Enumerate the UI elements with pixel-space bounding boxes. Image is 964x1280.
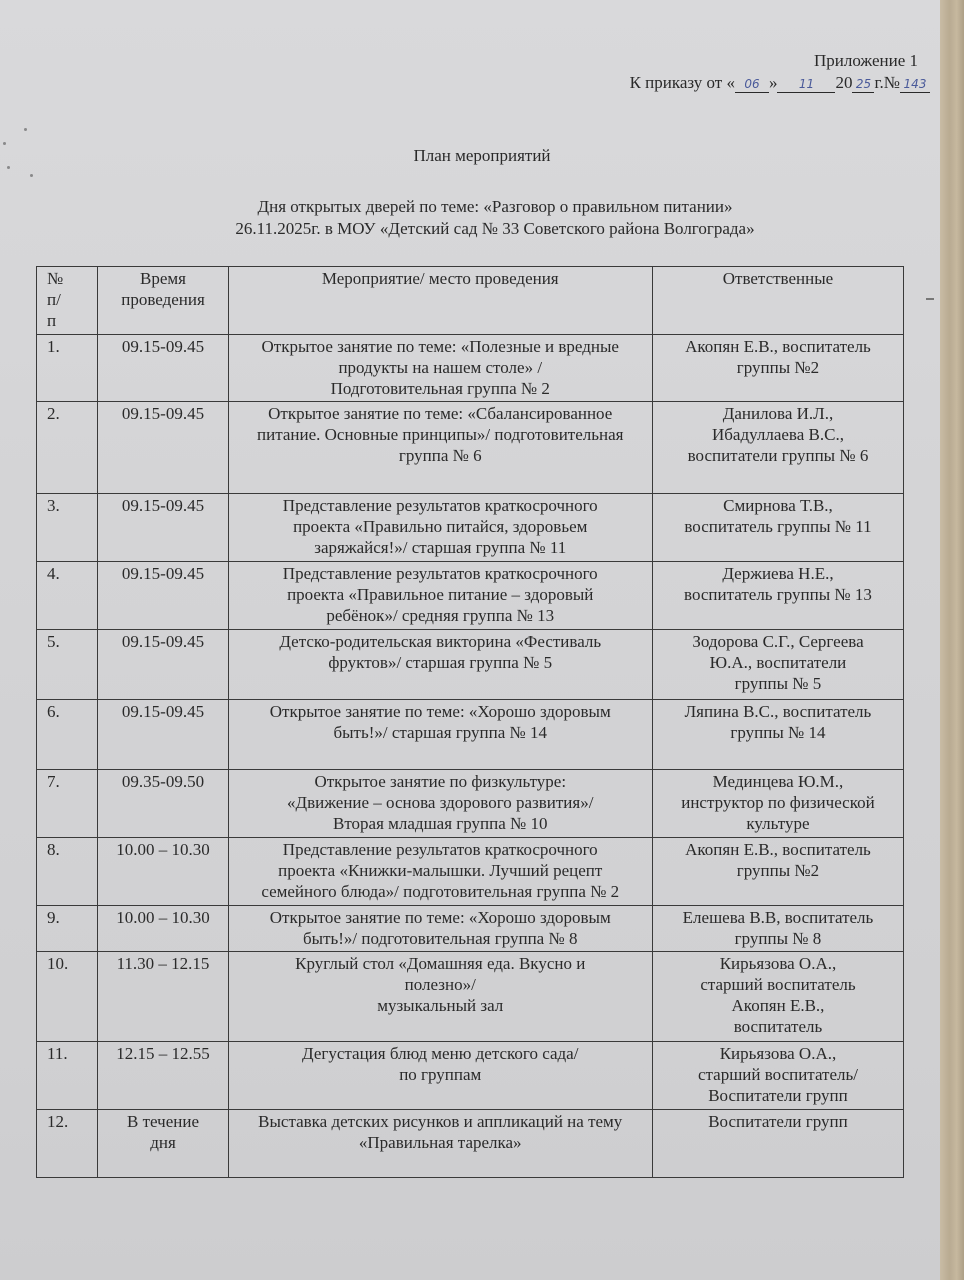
row-time: 09.15-09.45 [98, 335, 228, 402]
row-time: В течениедня [98, 1110, 228, 1178]
row-responsible-line: старший воспитатель/ [657, 1064, 899, 1085]
row-time-line: В течение [102, 1111, 223, 1132]
row-number: 3. [37, 494, 98, 562]
row-time-line: 09.15-09.45 [102, 701, 223, 722]
table-row: 11.12.15 – 12.55Дегустация блюд меню дет… [37, 1042, 904, 1110]
header-cell-responsible: Ответственные [652, 267, 903, 335]
row-number: 5. [37, 630, 98, 700]
events-table: № п/ п Время проведения Мероприятие/ мес… [36, 266, 904, 1178]
row-time-line: 09.15-09.45 [102, 631, 223, 652]
row-number: 10. [37, 952, 98, 1042]
table-row: 10.11.30 – 12.15Круглый стол «Домашняя е… [37, 952, 904, 1042]
row-event: Открытое занятие по теме: «Хорошо здоров… [228, 700, 652, 770]
row-number: 4. [37, 562, 98, 630]
row-responsible-line: группы №2 [657, 357, 899, 378]
row-responsible-line: Смирнова Т.В., [657, 495, 899, 516]
row-event-line: проекта «Книжки-малышки. Лучший рецепт [233, 860, 648, 881]
row-event: Открытое занятие по теме: «Хорошо здоров… [228, 906, 652, 952]
row-responsible-line: группы № 8 [657, 928, 899, 949]
row-responsible-line: воспитатели группы № 6 [657, 445, 899, 466]
row-event-line: Открытое занятие по теме: «Хорошо здоров… [233, 907, 648, 928]
row-time: 09.15-09.45 [98, 562, 228, 630]
row-time: 10.00 – 10.30 [98, 838, 228, 906]
row-event-line: продукты на нашем столе» / [233, 357, 648, 378]
row-responsible-line: Ляпина В.С., воспитатель [657, 701, 899, 722]
row-event-line: питание. Основные принципы»/ подготовите… [233, 424, 648, 445]
header-num-line: п [47, 310, 93, 331]
row-responsible-line: группы №2 [657, 860, 899, 881]
row-time-line: дня [102, 1132, 223, 1153]
row-responsible: Кирьязова О.А.,старший воспитатель/Воспи… [652, 1042, 903, 1110]
document-subtitle: Дня открытых дверей по теме: «Разговор о… [0, 196, 964, 240]
row-time: 09.15-09.45 [98, 494, 228, 562]
row-event-line: Открытое занятие по теме: «Сбалансирован… [233, 403, 648, 424]
order-year-field: 25 [852, 76, 874, 93]
row-time: 12.15 – 12.55 [98, 1042, 228, 1110]
order-day-field: 06 [735, 76, 769, 93]
table-row: 12.В течениедняВыставка детских рисунков… [37, 1110, 904, 1178]
row-responsible-line: Держиева Н.Е., [657, 563, 899, 584]
row-time: 09.35-09.50 [98, 770, 228, 838]
row-event-line: Открытое занятие по теме: «Полезные и вр… [233, 336, 648, 357]
row-event-line: Открытое занятие по теме: «Хорошо здоров… [233, 701, 648, 722]
row-time-line: 10.00 – 10.30 [102, 839, 223, 860]
header-time-line: Время [102, 268, 223, 289]
table-row: 1.09.15-09.45Открытое занятие по теме: «… [37, 335, 904, 402]
header-event-line: Мероприятие/ место проведения [233, 268, 648, 289]
paper-speck [7, 166, 10, 169]
table-row: 3.09.15-09.45Представление результатов к… [37, 494, 904, 562]
row-responsible: Зодорова С.Г., СергееваЮ.А., воспитатели… [652, 630, 903, 700]
row-event-line: Представление результатов краткосрочного [233, 563, 648, 584]
row-responsible-line: Данилова И.Л., [657, 403, 899, 424]
row-event-line: «Движение – основа здорового развития»/ [233, 792, 648, 813]
header-responsible-line: Ответственные [657, 268, 899, 289]
paper-speck [3, 142, 6, 145]
row-time-line: 09.15-09.45 [102, 563, 223, 584]
row-responsible: Акопян Е.В., воспитательгруппы №2 [652, 838, 903, 906]
row-event-line: Представление результатов краткосрочного [233, 839, 648, 860]
row-event: Представление результатов краткосрочного… [228, 494, 652, 562]
row-event: Открытое занятие по физкультуре:«Движени… [228, 770, 652, 838]
paper-mark [926, 298, 934, 300]
row-event: Выставка детских рисунков и аппликаций н… [228, 1110, 652, 1178]
row-responsible-line: культуре [657, 813, 899, 834]
row-event-line: группа № 6 [233, 445, 648, 466]
row-event: Представление результатов краткосрочного… [228, 838, 652, 906]
header-time-line: проведения [102, 289, 223, 310]
desk-surface [940, 0, 964, 1280]
document-title: План мероприятий [0, 146, 964, 166]
row-time: 11.30 – 12.15 [98, 952, 228, 1042]
row-time-line: 10.00 – 10.30 [102, 907, 223, 928]
row-responsible-line: Акопян Е.В., воспитатель [657, 336, 899, 357]
header-num-line: № [47, 268, 93, 289]
row-responsible-line: Мединцева Ю.М., [657, 771, 899, 792]
row-responsible-line: Воспитатели групп [657, 1111, 899, 1132]
row-event: Дегустация блюд меню детского сада/по гр… [228, 1042, 652, 1110]
row-time: 09.15-09.45 [98, 700, 228, 770]
row-event: Открытое занятие по теме: «Полезные и вр… [228, 335, 652, 402]
header-cell-num: № п/ п [37, 267, 98, 335]
row-responsible-line: Ю.А., воспитатели [657, 652, 899, 673]
row-responsible-line: Акопян Е.В., воспитатель [657, 839, 899, 860]
row-event: Детско-родительская викторина «Фестиваль… [228, 630, 652, 700]
table-row: 5.09.15-09.45Детско-родительская виктори… [37, 630, 904, 700]
row-responsible: Воспитатели групп [652, 1110, 903, 1178]
row-responsible-line: группы № 14 [657, 722, 899, 743]
row-number: 9. [37, 906, 98, 952]
table-row: 9.10.00 – 10.30Открытое занятие по теме:… [37, 906, 904, 952]
order-prefix: К приказу от « [630, 73, 735, 92]
row-event-line: ребёнок»/ средняя группа № 13 [233, 605, 648, 626]
row-responsible-line: Елешева В.В, воспитатель [657, 907, 899, 928]
row-time-line: 09.15-09.45 [102, 403, 223, 424]
row-event-line: полезно»/ [233, 974, 648, 995]
table-row: 2.09.15-09.45Открытое занятие по теме: «… [37, 402, 904, 494]
order-number-label: г.№ [874, 73, 900, 92]
row-event-line: проекта «Правильно питайся, здоровьем [233, 516, 648, 537]
row-time-line: 12.15 – 12.55 [102, 1043, 223, 1064]
row-responsible-line: воспитатель группы № 13 [657, 584, 899, 605]
row-event-line: по группам [233, 1064, 648, 1085]
row-event-line: Детско-родительская викторина «Фестиваль [233, 631, 648, 652]
row-event-line: Открытое занятие по физкультуре: [233, 771, 648, 792]
row-time-line: 11.30 – 12.15 [102, 953, 223, 974]
table-row: 7.09.35-09.50Открытое занятие по физкуль… [37, 770, 904, 838]
row-time: 09.15-09.45 [98, 402, 228, 494]
row-number: 7. [37, 770, 98, 838]
row-event: Круглый стол «Домашняя еда. Вкусно иполе… [228, 952, 652, 1042]
row-event-line: фруктов»/ старшая группа № 5 [233, 652, 648, 673]
row-event-line: Круглый стол «Домашняя еда. Вкусно и [233, 953, 648, 974]
row-event-line: Выставка детских рисунков и аппликаций н… [233, 1111, 648, 1132]
row-responsible-line: Воспитатели групп [657, 1085, 899, 1106]
row-number: 1. [37, 335, 98, 402]
row-responsible: Мединцева Ю.М.,инструктор по физическойк… [652, 770, 903, 838]
order-reference: К приказу от «06»112025г.№143 [630, 72, 930, 94]
row-responsible: Смирнова Т.В.,воспитатель группы № 11 [652, 494, 903, 562]
row-responsible-line: воспитатель группы № 11 [657, 516, 899, 537]
row-event-line: проекта «Правильное питание – здоровый [233, 584, 648, 605]
row-event-line: Представление результатов краткосрочного [233, 495, 648, 516]
row-responsible-line: Ибадуллаева В.С., [657, 424, 899, 445]
row-number: 12. [37, 1110, 98, 1178]
subtitle-line-2: 26.11.2025г. в МОУ «Детский сад № 33 Сов… [0, 218, 964, 240]
row-responsible-line: воспитатель [657, 1016, 899, 1037]
row-responsible-line: старший воспитатель [657, 974, 899, 995]
row-time-line: 09.15-09.45 [102, 336, 223, 357]
row-event: Представление результатов краткосрочного… [228, 562, 652, 630]
row-time-line: 09.15-09.45 [102, 495, 223, 516]
paper-speck [24, 128, 27, 131]
row-time: 09.15-09.45 [98, 630, 228, 700]
row-responsible: Кирьязова О.А.,старший воспитательАкопян… [652, 952, 903, 1042]
header-num-line: п/ [47, 289, 93, 310]
row-responsible-line: Кирьязова О.А., [657, 1043, 899, 1064]
row-event-line: быть!»/ старшая группа № 14 [233, 722, 648, 743]
row-responsible: Ляпина В.С., воспитательгруппы № 14 [652, 700, 903, 770]
row-number: 8. [37, 838, 98, 906]
row-event-line: семейного блюда»/ подготовительная групп… [233, 881, 648, 902]
row-responsible-line: Кирьязова О.А., [657, 953, 899, 974]
table-row: 4.09.15-09.45Представление результатов к… [37, 562, 904, 630]
order-year-prefix: 20 [835, 73, 852, 92]
order-month-field: 11 [777, 76, 835, 93]
row-responsible-line: Зодорова С.Г., Сергеева [657, 631, 899, 652]
appendix-label: Приложение 1 [814, 50, 918, 72]
row-number: 11. [37, 1042, 98, 1110]
table-row: 8.10.00 – 10.30Представление результатов… [37, 838, 904, 906]
row-number: 2. [37, 402, 98, 494]
row-event-line: быть!»/ подготовительная группа № 8 [233, 928, 648, 949]
row-responsible-line: инструктор по физической [657, 792, 899, 813]
row-event-line: Вторая младшая группа № 10 [233, 813, 648, 834]
table-header-row: № п/ п Время проведения Мероприятие/ мес… [37, 267, 904, 335]
row-time: 10.00 – 10.30 [98, 906, 228, 952]
row-event-line: музыкальный зал [233, 995, 648, 1016]
subtitle-line-1: Дня открытых дверей по теме: «Разговор о… [0, 196, 964, 218]
row-event-line: заряжайся!»/ старшая группа № 11 [233, 537, 648, 558]
row-responsible: Держиева Н.Е.,воспитатель группы № 13 [652, 562, 903, 630]
row-responsible: Елешева В.В, воспитательгруппы № 8 [652, 906, 903, 952]
row-event: Открытое занятие по теме: «Сбалансирован… [228, 402, 652, 494]
row-event-line: Дегустация блюд меню детского сада/ [233, 1043, 648, 1064]
row-number: 6. [37, 700, 98, 770]
header-cell-time: Время проведения [98, 267, 228, 335]
row-responsible-line: группы № 5 [657, 673, 899, 694]
order-number-field: 143 [900, 76, 930, 93]
table-row: 6.09.15-09.45Открытое занятие по теме: «… [37, 700, 904, 770]
order-day-close: » [769, 73, 778, 92]
paper-speck [30, 174, 33, 177]
row-event-line: «Правильная тарелка» [233, 1132, 648, 1153]
row-responsible: Данилова И.Л.,Ибадуллаева В.С.,воспитате… [652, 402, 903, 494]
header-cell-event: Мероприятие/ место проведения [228, 267, 652, 335]
row-time-line: 09.35-09.50 [102, 771, 223, 792]
row-responsible-line: Акопян Е.В., [657, 995, 899, 1016]
row-event-line: Подготовительная группа № 2 [233, 378, 648, 399]
row-responsible: Акопян Е.В., воспитательгруппы №2 [652, 335, 903, 402]
